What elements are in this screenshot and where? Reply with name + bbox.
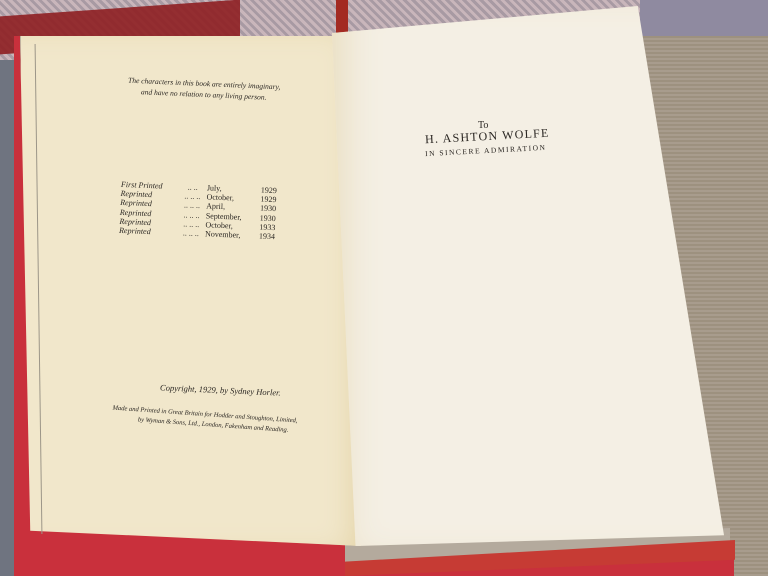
printing-history: First Printed .. .. July, 1929 Reprinted…: [119, 180, 277, 241]
leader-dots: .. .. ..: [177, 228, 205, 238]
left-page-copyright: [20, 36, 361, 546]
printing-month: November,: [205, 229, 253, 240]
fabric-background-top-right: [640, 0, 768, 40]
printing-year: 1934: [253, 231, 275, 241]
